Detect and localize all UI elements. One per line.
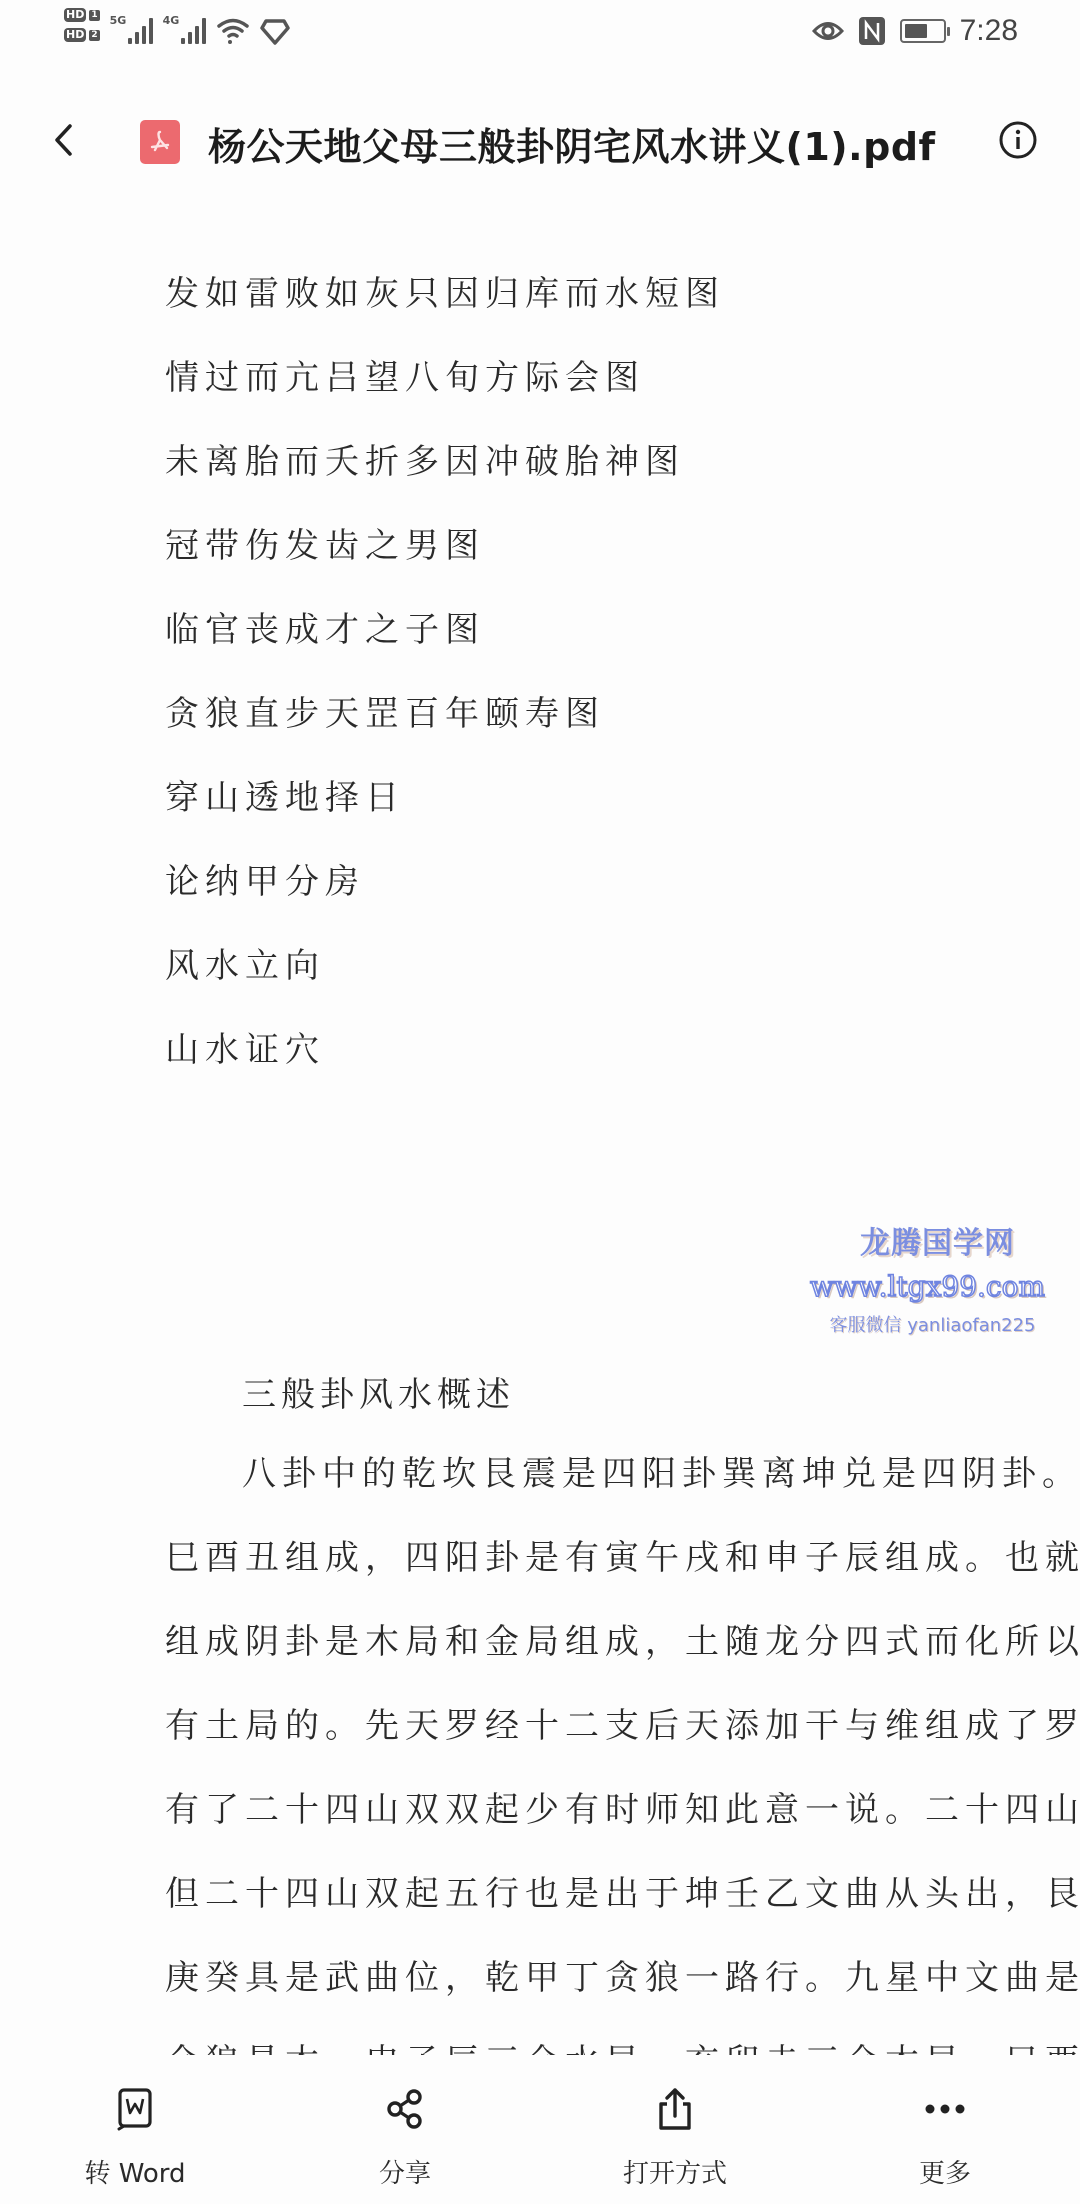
paragraph-line: 有土局的。先天罗经十二支后天添加干与维组成了罗盘	[165, 1702, 1080, 1786]
share-icon	[381, 2085, 429, 2133]
toc-item: 山水证穴	[165, 1026, 725, 1110]
body-paragraph: 八卦中的乾坎艮震是四阳卦巽离坤兑是四阴卦。四 巳酉丑组成，四阳卦是有寅午戌和申子…	[165, 1450, 1080, 2055]
status-bar-right: 7:28	[812, 14, 1018, 48]
toc-item: 发如雷败如灰只因归库而水短图	[165, 270, 725, 354]
tool-label: 分享	[379, 2153, 431, 2190]
battery-icon	[900, 19, 946, 43]
status-bar: HD 1 HD 2 5G 4G	[0, 0, 1080, 66]
toc-item: 临官丧成才之子图	[165, 606, 725, 690]
section-heading: 三般卦风水概述	[242, 1367, 515, 1416]
paragraph-line-clipped: 金狼是木，申子辰三合水局，亥卯未三合木局，巳酉丑	[165, 2038, 1080, 2055]
tool-label: 转 Word	[84, 2153, 185, 2190]
hd-volte-2-icon: HD 2	[64, 28, 100, 42]
paragraph-line: 组成阴卦是木局和金局组成，土随龙分四式而化所以四	[165, 1618, 1080, 1702]
app-bar: 杨公天地父母三般卦阴宅风水讲义(1).pdf	[0, 100, 1080, 180]
paragraph-line: 八卦中的乾坎艮震是四阳卦巽离坤兑是四阴卦。四	[165, 1450, 1080, 1534]
table-of-contents: 发如雷败如灰只因归库而水短图 情过而亢吕望八旬方际会图 未离胎而夭折多因冲破胎神…	[165, 270, 725, 1110]
back-button[interactable]	[40, 116, 88, 164]
bottom-toolbar: 转 Word 分享 打开方式 更多	[0, 2055, 1080, 2204]
tool-label: 打开方式	[623, 2153, 727, 2190]
convert-to-word-button[interactable]: 转 Word	[0, 2055, 270, 2204]
document-title: 杨公天地父母三般卦阴宅风水讲义(1).pdf	[208, 116, 936, 171]
toc-item: 情过而亢吕望八旬方际会图	[165, 354, 725, 438]
diamond-icon	[260, 18, 290, 46]
paragraph-line: 庚癸具是武曲位，乾甲丁贪狼一路行。九星中文曲是水	[165, 1954, 1080, 2038]
hd-label: HD	[64, 28, 86, 42]
more-icon	[921, 2085, 969, 2133]
open-with-icon	[651, 2085, 699, 2133]
watermark-url: www.ltgx99.com	[810, 1270, 1045, 1303]
convert-word-icon	[111, 2085, 159, 2133]
network-type: 4G	[163, 14, 180, 27]
toc-item: 风水立向	[165, 942, 725, 1026]
sim-number: 2	[89, 30, 99, 41]
more-button[interactable]: 更多	[810, 2055, 1080, 2204]
watermark-wechat: 客服微信 yanliaofan225	[820, 1311, 1045, 1337]
open-with-button[interactable]: 打开方式	[540, 2055, 810, 2204]
sim-number: 1	[89, 10, 99, 21]
toc-item: 论纳甲分房	[165, 858, 725, 942]
watermark-title: 龙腾国学网	[830, 1218, 1045, 1262]
status-bar-left: HD 1 HD 2 5G 4G	[64, 8, 290, 46]
5g-signal-icon: 5G	[110, 14, 153, 44]
pdf-file-icon	[140, 120, 180, 164]
paragraph-line: 巳酉丑组成，四阳卦是有寅午戌和申子辰组成。也就是	[165, 1534, 1080, 1618]
paragraph-line: 有了二十四山双双起少有时师知此意一说。二十四山分	[165, 1786, 1080, 1870]
volte-indicators: HD 1 HD 2	[64, 8, 100, 42]
pdf-page-viewer[interactable]: 发如雷败如灰只因归库而水短图 情过而亢吕望八旬方际会图 未离胎而夭折多因冲破胎神…	[0, 180, 1080, 2055]
4g-signal-icon: 4G	[163, 14, 206, 44]
share-button[interactable]: 分享	[270, 2055, 540, 2204]
info-button[interactable]	[996, 118, 1040, 162]
info-icon	[996, 118, 1040, 162]
watermark: 龙腾国学网 www.ltgx99.com 客服微信 yanliaofan225	[830, 1218, 1045, 1337]
toc-item: 贪狼直步天罡百年颐寿图	[165, 690, 725, 774]
wifi-icon	[216, 16, 250, 46]
toc-item: 穿山透地择日	[165, 774, 725, 858]
paragraph-line: 但二十四山双起五行也是出于坤壬乙文曲从头出，艮丙	[165, 1870, 1080, 1954]
network-type: 5G	[110, 14, 127, 27]
toc-item: 冠带伤发齿之男图	[165, 522, 725, 606]
clock: 7:28	[960, 14, 1018, 48]
eye-comfort-icon	[812, 20, 844, 42]
nfc-icon	[858, 16, 886, 46]
hd-volte-1-icon: HD 1	[64, 8, 100, 22]
toc-item: 未离胎而夭折多因冲破胎神图	[165, 438, 725, 522]
chevron-left-icon	[52, 122, 76, 158]
hd-label: HD	[64, 8, 86, 22]
tool-label: 更多	[919, 2153, 971, 2190]
